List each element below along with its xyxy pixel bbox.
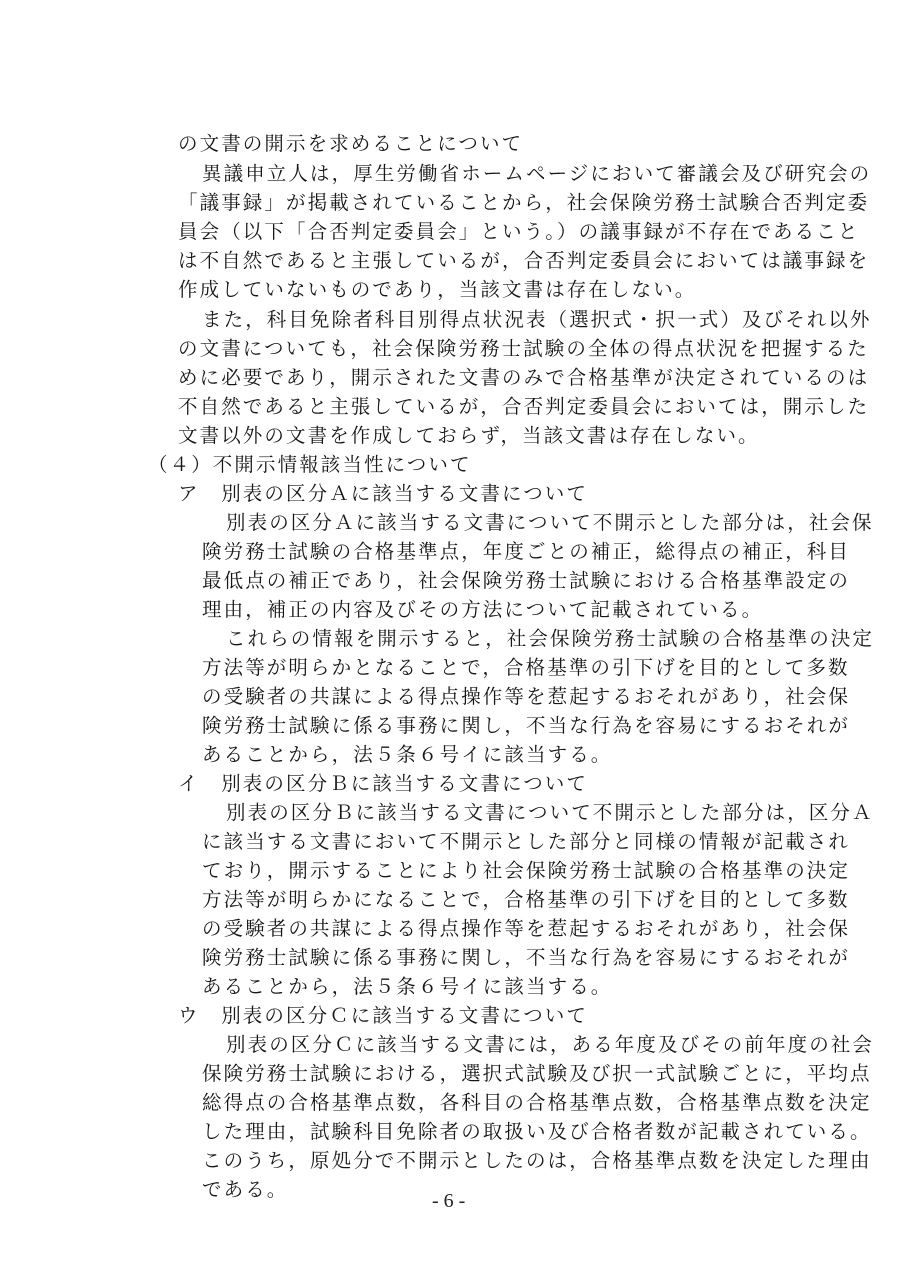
text-line: は不自然であると主張しているが，合否判定委員会においては議事録を xyxy=(178,249,869,273)
text-line: 員会（以下「合否判定委員会」という。）の議事録が不存在であること xyxy=(178,220,859,244)
page-number: - 6 - xyxy=(432,1190,465,1213)
text-line: 作成していないものであり，当該文書は存在しない。 xyxy=(178,278,696,302)
text-line: 理由，補正の内容及びその方法について記載されている。 xyxy=(202,598,763,622)
text-line: （４）不開示情報該当性について xyxy=(148,453,472,477)
text-line: の文書の開示を求めることについて xyxy=(178,132,523,156)
text-line: 険労務士試験に係る事務に関し，不当な行為を容易にするおそれが xyxy=(202,714,850,738)
text-line: 不自然であると主張しているが，合否判定委員会においては，開示した xyxy=(178,395,869,419)
text-line: 方法等が明らかになることで，合格基準の引下げを目的として多数 xyxy=(202,888,850,912)
text-line: イ 別表の区分Ｂに該当する文書について xyxy=(178,772,588,796)
text-line: 「議事録」が掲載されていることから，社会保険労務士試験合否判定委 xyxy=(178,191,869,215)
text-line: 異議申立人は，厚生労働省ホームページにおいて審議会及び研究会の xyxy=(202,162,871,186)
text-line: 別表の区分Ｂに該当する文書について不開示とした部分は，区分Ａ xyxy=(226,801,874,825)
text-line: めに必要であり，開示された文書のみで合格基準が決定されているのは xyxy=(178,366,869,390)
text-line: した理由，試験科目免除者の取扱い及び合格者数が記載されている。 xyxy=(202,1120,872,1144)
text-line: また，科目免除者科目別得点状況表（選択式・択一式）及びそれ以外 xyxy=(202,308,872,332)
text-line: 別表の区分Ａに該当する文書について不開示とした部分は，社会保 xyxy=(226,511,874,535)
text-line: あることから，法５条６号イに該当する。 xyxy=(202,743,612,767)
text-line: の受験者の共謀による得点操作等を惹起するおそれがあり，社会保 xyxy=(202,685,850,709)
text-line: ア 別表の区分Ａに該当する文書について xyxy=(178,482,588,506)
text-line: に該当する文書において不開示とした部分と同様の情報が記載され xyxy=(202,830,850,854)
text-line: の受験者の共謀による得点操作等を惹起するおそれがあり，社会保 xyxy=(202,917,850,941)
text-line: 文書以外の文書を作成しておらず，当該文書は存在しない。 xyxy=(178,424,760,448)
text-line: あることから，法５条６号イに該当する。 xyxy=(202,975,612,999)
text-line: ウ 別表の区分Ｃに該当する文書について xyxy=(178,1004,588,1028)
text-line: 最低点の補正であり，社会保険労務士試験における合格基準設定の xyxy=(202,569,850,593)
text-line: である。 xyxy=(202,1178,288,1202)
text-line: これらの情報を開示すると，社会保険労務士試験の合格基準の決定 xyxy=(226,627,874,651)
text-line: 別表の区分Ｃに該当する文書には，ある年度及びその前年度の社会 xyxy=(226,1033,874,1057)
text-line: 総得点の合格基準点数，各科目の合格基準点数，合格基準点数を決定 xyxy=(202,1091,872,1115)
text-line: このうち，原処分で不開示としたのは，合格基準点数を決定した理由 xyxy=(202,1149,872,1173)
text-line: 険労務士試験に係る事務に関し，不当な行為を容易にするおそれが xyxy=(202,946,850,970)
text-line: 険労務士試験の合格基準点，年度ごとの補正，総得点の補正，科目 xyxy=(202,540,850,564)
text-line: の文書についても，社会保険労務士試験の全体の得点状況を把握するた xyxy=(178,337,869,361)
text-line: ており，開示することにより社会保険労務士試験の合格基準の決定 xyxy=(202,859,850,883)
document-page: の文書の開示を求めることについて異議申立人は，厚生労働省ホームページにおいて審議… xyxy=(0,0,905,1280)
text-line: 方法等が明らかとなることで，合格基準の引下げを目的として多数 xyxy=(202,656,850,680)
text-line: 保険労務士試験における，選択式試験及び択一式試験ごとに，平均点 xyxy=(202,1062,872,1086)
